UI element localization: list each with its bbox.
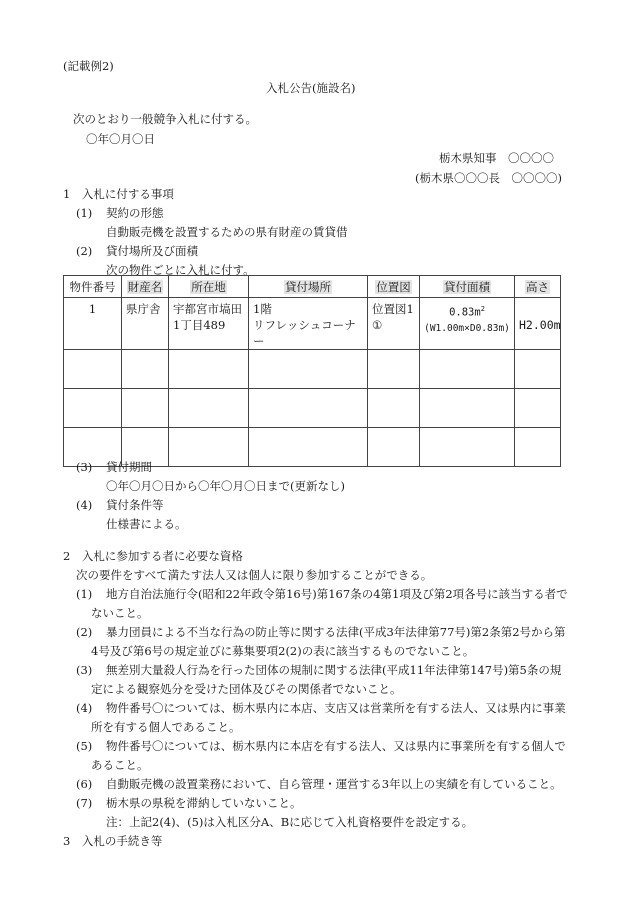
section1-item1-num: (1) (76, 205, 92, 221)
cell-lease-area: 0.83m2 (W1.00m×D0.83m) (420, 298, 515, 350)
section1-item2-title: 貸付場所及び面積 (106, 243, 198, 259)
cell-location: 宇都宮市塙田 1丁目489 (169, 298, 249, 350)
section2-item3-line2: 定による観察処分を受けた団体及びその関係者でないこと。 (91, 681, 402, 697)
table-row-empty (64, 350, 561, 389)
section2-item1-num: (1) (76, 586, 92, 602)
section1-item2-num: (2) (76, 243, 92, 259)
header-height: 高さ (515, 276, 561, 298)
section2-item4-num: (4) (76, 700, 92, 716)
cell-property-name: 県庁舎 (122, 298, 169, 350)
section2-item7-num: (7) (76, 795, 92, 811)
announcement-date: 〇年〇月〇日 (86, 131, 155, 147)
section2-item4-line1: 物件番号〇については、栃木県内に本店、支店又は営業所を有する法人、又は県内に事業 (106, 700, 566, 716)
table-row: 1 県庁舎 宇都宮市塙田 1丁目489 1階 リフレッシュコーナー 位置図1 ①… (64, 298, 561, 350)
section1-item3-body: 〇年〇月〇日から〇年〇月〇日まで(更新なし) (106, 478, 345, 494)
section2-intro: 次の要件をすべて満たす法人又は個人に限り参加することができる。 (76, 567, 432, 583)
section2-item4-line2: 所を有する個人であること。 (91, 719, 241, 735)
section2-item2-line1: 暴力団員による不当な行為の防止等に関する法律(平成3年法律第77号)第2条第2号… (106, 624, 566, 640)
section1-item1-body: 自動販売機を設置するための県有財産の賃貸借 (106, 224, 348, 240)
header-property-number: 物件番号 (64, 276, 122, 298)
section2-item1-line2: ないこと。 (91, 605, 149, 621)
table-header-row: 物件番号 財産名 所在地 貸付場所 位置図 貸付面積 高さ (64, 276, 561, 298)
header-lease-area: 貸付面積 (420, 276, 515, 298)
section2-item5-num: (5) (76, 738, 92, 754)
section3-heading: 3 入札の手続き等 (63, 833, 162, 849)
section2-item6-line1: 自動販売機の設置業務において、自ら管理・運営する3年以上の実績を有していること。 (106, 776, 562, 792)
section2-item3-line1: 無差別大量殺人行為を行った団体の規制に関する法律(平成11年法律第147号)第5… (106, 662, 561, 678)
section2-item5-line1: 物件番号〇については、栃木県内に本店を有する法人、又は県内に事業所を有する個人で (106, 738, 566, 754)
cell-height: H2.00m (515, 298, 561, 350)
header-location: 所在地 (169, 276, 249, 298)
document-title: 入札公告(施設名) (266, 80, 355, 96)
section2-item7-line1: 栃木県の県税を滞納していないこと。 (106, 795, 302, 811)
issuer-governor: 栃木県知事 〇〇〇〇 (439, 150, 554, 166)
property-table: 物件番号 財産名 所在地 貸付場所 位置図 貸付面積 高さ 1 県庁舎 宇都宮市… (63, 275, 561, 467)
cell-lease-place: 1階 リフレッシュコーナー (249, 298, 368, 350)
section2-item2-num: (2) (76, 624, 92, 640)
section2-note: 注：上記2(4)、(5)は入札区分A、Bに応じて入札資格要件を設定する。 (106, 814, 473, 830)
section2-item6-num: (6) (76, 776, 92, 792)
example-label: (記載例2) (63, 58, 114, 74)
section1-item4-title: 貸付条件等 (106, 497, 164, 513)
header-lease-place: 貸付場所 (249, 276, 368, 298)
intro-text: 次のとおり一般競争入札に付する。 (73, 111, 257, 127)
cell-location-map: 位置図1 ① (368, 298, 420, 350)
section1-heading: 1 入札に付する事項 (63, 186, 174, 202)
section1-item1-title: 契約の形態 (106, 205, 164, 221)
section1-item3-title: 貸付期間 (106, 459, 152, 475)
section1-item3-num: (3) (76, 459, 92, 475)
issuer-department: (栃木県〇〇〇長 〇〇〇〇) (415, 170, 562, 186)
section2-item2-line2: 4号及び第6号の規定並びに募集要項2(2)の表に該当するものでないこと。 (91, 643, 474, 659)
section2-item1-line1: 地方自治法施行令(昭和22年政令第16号)第167条の4第1項及び第2項各号に該… (106, 586, 568, 602)
header-property-name: 財産名 (122, 276, 169, 298)
table-row-empty (64, 389, 561, 428)
header-location-map: 位置図 (368, 276, 420, 298)
section2-item5-line2: あること。 (91, 757, 149, 773)
cell-property-number: 1 (64, 298, 122, 350)
section1-item4-body: 仕様書による。 (106, 516, 187, 532)
section2-item3-num: (3) (76, 662, 92, 678)
section1-item4-num: (4) (76, 497, 92, 513)
section2-heading: 2 入札に参加する者に必要な資格 (63, 548, 243, 564)
